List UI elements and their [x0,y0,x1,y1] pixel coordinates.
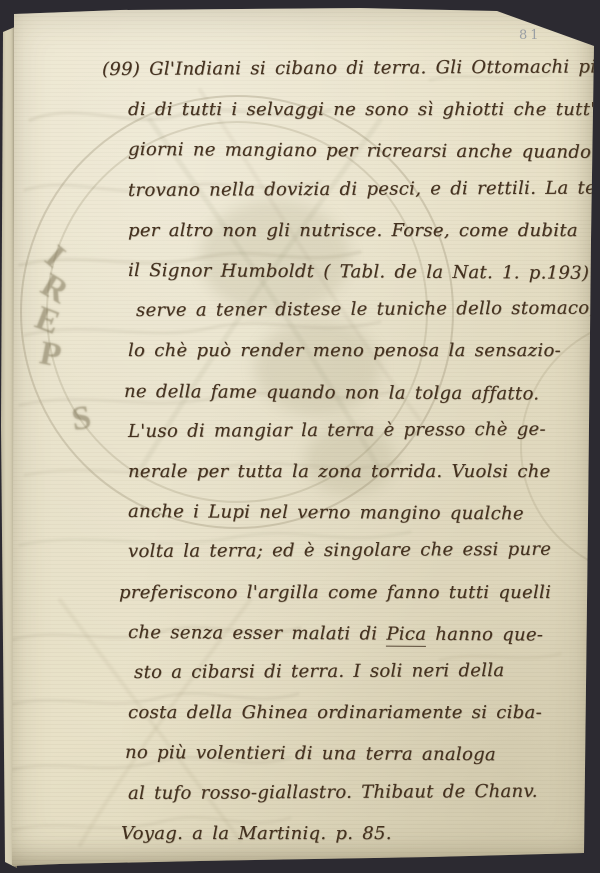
line-text: preferiscono l'argilla come fanno tutti … [119,582,551,603]
line-text: no più volentieri di una terra analoga [125,742,496,765]
line-text: ne della fame quando non la tolga affatt… [124,381,539,405]
manuscript-line: che senza esser malati di Pica hanno que… [128,613,598,656]
manuscript-line: ne della fame quando non la tolga affatt… [124,372,598,415]
manuscript-lines: (99) Gl'Indiani si cibano di terra. Gli … [128,50,598,854]
manuscript-page: IREPS [0,0,600,873]
line-text: il Signor Humboldt ( Tabl. de la Nat. 1.… [128,260,589,284]
manuscript-line: giorni ne mangiano per ricrearsi anche q… [128,130,598,173]
manuscript-line: per altro non gli nutrisce. Forse, come … [128,211,598,251]
folio-number: 81 [519,28,542,43]
line-text: che senza esser malati di [128,622,386,645]
line-text: al tufo rosso-giallastro. Thibaut de Cha… [128,781,538,804]
stamp-letter: R [34,266,75,311]
line-text: (99) Gl'Indiani si cibano di terra. Gli … [102,56,600,80]
manuscript-line: (99) Gl'Indiani si cibano di terra. Gli … [102,47,598,90]
stamp-letter: S [69,399,94,439]
manuscript-line: anche i Lupi nel verno mangino qualche [128,492,598,535]
stamp-letter: P [37,334,65,375]
stamp-letter: I [37,238,72,276]
manuscript-line: preferiscono l'argilla come fanno tutti … [119,573,598,613]
underlined-word: Pica [386,623,426,646]
line-text: costa della Ghinea ordinariamente si cib… [128,702,542,723]
manuscript-line: al tufo rosso-giallastro. Thibaut de Cha… [128,771,598,814]
line-text: hanno que- [426,624,543,646]
line-text: lo chè può render meno penosa la sensazi… [128,340,561,361]
manuscript-line: L'uso di mangiar la terra è presso chè g… [128,409,598,452]
manuscript-line: nerale per tutta la zona torrida. Vuolsi… [128,452,598,492]
manuscript-line: volta la terra; ed è singolare che essi … [128,530,598,573]
line-text: giorni ne mangiano per ricrearsi anche q… [128,139,600,163]
line-text: L'uso di mangiar la terra è presso chè g… [128,419,546,442]
manuscript-line: il Signor Humboldt ( Tabl. de la Nat. 1.… [128,251,598,294]
line-text: anche i Lupi nel verno mangino qualche [128,501,524,524]
manuscript-line: trovano nella dovizia di pesci, e di ret… [128,168,598,211]
manuscript-line: serve a tener distese le tuniche dello s… [136,289,598,332]
manuscript-line: no più volentieri di una terra analoga [125,733,598,776]
scan-background: IREPS [0,0,600,873]
manuscript-line: Voyag. a la Martiniq. p. 85. [121,814,598,854]
line-text: Voyag. a la Martiniq. p. 85. [121,823,392,844]
stamp-letter: E [30,299,65,343]
line-text: di di tutti i selvaggi ne sono sì ghiott… [128,99,600,120]
line-text: per altro non gli nutrisce. Forse, come … [128,220,578,241]
line-text: nerale per tutta la zona torrida. Vuolsi… [128,461,551,482]
line-text: sto a cibarsi di terra. I soli neri dell… [134,660,504,683]
line-text: serve a tener distese le tuniche dello s… [136,298,596,321]
line-text: trovano nella dovizia di pesci, e di ret… [128,177,600,201]
manuscript-line: sto a cibarsi di terra. I soli neri dell… [134,651,598,694]
manuscript-line: costa della Ghinea ordinariamente si cib… [128,693,598,733]
manuscript-line: di di tutti i selvaggi ne sono sì ghiott… [128,90,598,130]
line-text: volta la terra; ed è singolare che essi … [128,539,551,562]
manuscript-line: lo chè può render meno penosa la sensazi… [128,331,598,371]
